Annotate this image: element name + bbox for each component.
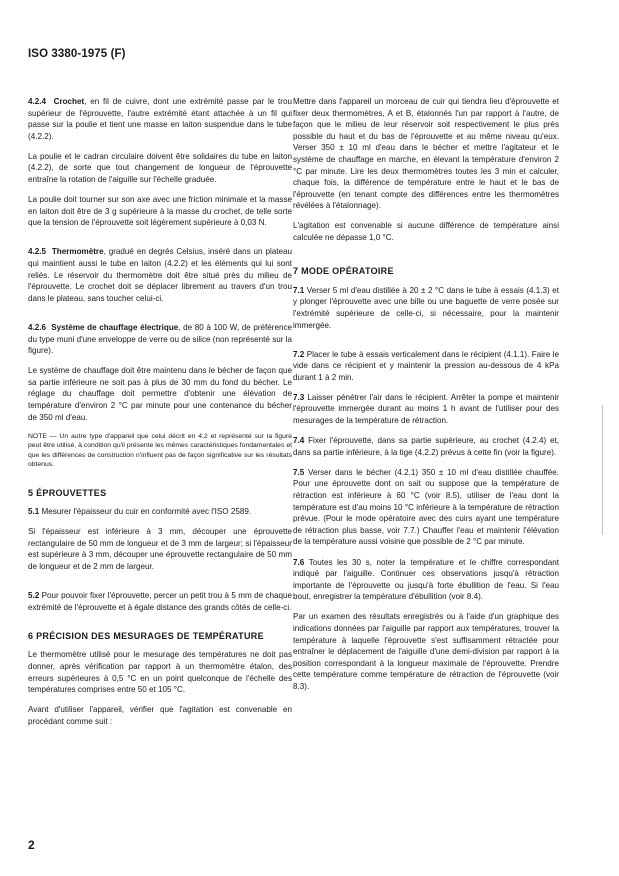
left-column: 4.2.4 Crochet, en fil de cuivre, dont un… (28, 96, 292, 736)
section-7-2: 7.2 Placer le tube à essais verticalemen… (293, 349, 559, 384)
section-text: Laisser pénétrer l'air dans le récipient… (293, 393, 559, 425)
paragraph: Par un examen des résultats enregistrés … (293, 611, 559, 692)
paragraph: La poulie et le cadran circulaire doiven… (28, 151, 292, 186)
section-number: 7.3 (293, 393, 304, 402)
paragraph: Si l'épaisseur est inférieure à 3 mm, dé… (28, 526, 292, 572)
section-7-5: 7.5 Verser dans le bécher (4.2.1) 350 ± … (293, 467, 559, 548)
section-number: 4.2.5 (28, 247, 46, 256)
section-text: Placer le tube à essais verticalement da… (293, 350, 559, 382)
section-number: 7.6 (293, 558, 304, 567)
section-number: 7.1 (293, 286, 304, 295)
section-7-1: 7.1 Verser 5 ml d'eau distillée à 20 ± 2… (293, 285, 559, 331)
section-5-2: 5.2 Pour pouvoir fixer l'éprouvette, per… (28, 590, 292, 613)
section-5-1: 5.1 Mesurer l'épaisseur du cuir en confo… (28, 506, 292, 518)
section-number: 7.4 (293, 436, 304, 445)
section-7-6: 7.6 Toutes les 30 s, noter la températur… (293, 557, 559, 603)
section-text: Pour pouvoir fixer l'éprouvette, percer … (28, 591, 292, 612)
section-7-3: 7.3 Laisser pénétrer l'air dans le récip… (293, 392, 559, 427)
section-4-2-4: 4.2.4 Crochet, en fil de cuivre, dont un… (28, 96, 292, 142)
section-heading-5: 5 ÉPROUVETTES (28, 488, 292, 500)
paragraph: Avant d'utiliser l'appareil, vérifier qu… (28, 704, 292, 727)
page-number: 2 (28, 838, 35, 852)
section-text: Fixer l'éprouvette, dans sa partie supér… (293, 436, 559, 457)
section-term: Crochet (54, 97, 85, 106)
document-id-header: ISO 3380-1975 (F) (28, 48, 126, 60)
section-4-2-6: 4.2.6 Système de chauffage électrique, d… (28, 322, 292, 357)
section-text: Verser 5 ml d'eau distillée à 20 ± 2 °C … (293, 286, 559, 330)
section-number: 7.5 (293, 468, 304, 477)
section-number: 7.2 (293, 350, 304, 359)
paragraph: Le thermomètre utilisé pour le mesurage … (28, 649, 292, 695)
section-4-2-5: 4.2.5 Thermomètre, gradué en degrés Cels… (28, 246, 292, 304)
section-heading-7: 7 MODE OPÉRATOIRE (293, 266, 559, 278)
section-term: Système de chauffage électrique (51, 323, 178, 332)
paragraph: La poulie doit tourner sur son axe avec … (28, 194, 292, 229)
scan-margin-mark (602, 405, 603, 535)
paragraph: Mettre dans l'appareil un morceau de cui… (293, 96, 559, 212)
section-heading-6: 6 PRÉCISION DES MESURAGES DE TEMPÉRATURE (28, 631, 292, 643)
section-text: Toutes les 30 s, noter la température et… (293, 558, 559, 602)
paragraph: Le système de chauffage doit être mainte… (28, 365, 292, 423)
section-number: 4.2.6 (28, 323, 46, 332)
section-number: 5.1 (28, 507, 39, 516)
section-term: Thermomètre (52, 247, 104, 256)
paragraph: L'agitation est convenable si aucune dif… (293, 220, 559, 243)
right-column: Mettre dans l'appareil un morceau de cui… (293, 96, 559, 701)
section-number: 5.2 (28, 591, 39, 600)
section-number: 4.2.4 (28, 97, 46, 106)
section-7-4: 7.4 Fixer l'éprouvette, dans sa partie s… (293, 435, 559, 458)
section-text: Verser dans le bécher (4.2.1) 350 ± 10 m… (293, 468, 559, 547)
note: NOTE — Un autre type d'appareil que celu… (28, 432, 292, 470)
section-text: Mesurer l'épaisseur du cuir en conformit… (39, 507, 251, 516)
